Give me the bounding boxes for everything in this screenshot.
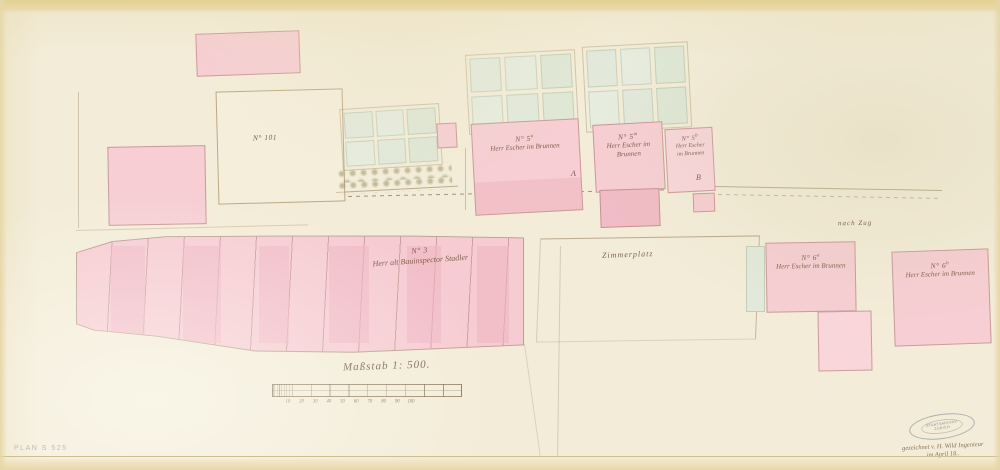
archive-oval-stamp: STAATSARCHIV ZÜRICH [908,410,977,444]
archive-oval-stamp-text: STAATSARCHIV ZÜRICH [920,417,963,436]
garden-bed [375,109,405,136]
fold-crease-diagonal [524,344,541,457]
building-top-left [195,30,300,77]
building-5m: N° 5m Herr Escher im Brunnen [592,121,665,193]
building-5m-annex [599,188,660,228]
building-6a: N° 6a Herr Escher im Brunnen [765,241,856,313]
building-5b-annex [693,193,716,213]
garden-bed [343,111,373,138]
building-6a-annex [817,311,872,372]
small-pink-annex-garden [436,122,457,148]
survey-point-b: B [696,173,701,182]
scale-bar-subdivisions [272,384,291,397]
garden-bed [620,47,652,86]
sheet-edge-top [0,0,1000,13]
garden-bed [504,55,537,91]
garden-grid-center-b [582,41,692,132]
garden-bed [469,57,502,93]
green-strip-6a [746,246,765,312]
scale-bar-numbers: 10 20 30 40 50 60 70 80 90 100 [281,399,418,404]
building-6a-label: N° 6a Herr Escher im Brunnen [769,252,853,272]
garden-bed [345,140,375,167]
building-5a-number: N° 5 [515,134,531,144]
street-edge-vertical [78,92,79,228]
building-6a-owner: Herr Escher im Brunnen [769,262,853,272]
building-5a-label: N° 5a Herr Escher im Brunnen [476,132,573,155]
building-6b-label: N° 6b Herr Escher im Brunnen [895,259,986,280]
garden-bed [586,49,618,88]
road-label-nach-zug: nach Zug [838,219,872,228]
building-5m-number: N° 5 [618,132,634,142]
building-5b: N° 5b Herr Escher im Brunnen [664,127,715,193]
building-5a-dark-band [475,177,583,215]
building-6a-number: N° 6 [801,253,817,262]
wall-segment [465,148,466,210]
building-3-section [183,246,221,344]
garden-bed [654,45,686,84]
building-101-outline [216,88,346,204]
archive-number-stamp: PLAN S 525 [14,445,68,452]
building-5a: N° 5a Herr Escher im Brunnen [471,118,584,216]
garden-grid-left [339,103,443,171]
sheet-edge-left [0,0,7,470]
scale-bar-box [272,384,462,397]
building-5b-label: N° 5b Herr Escher im Brunnen [666,133,715,159]
building-5b-number: N° 5 [681,135,695,143]
road-edge-right-1 [714,186,942,191]
shrub-row [337,162,452,195]
cadastral-plan-sheet: N° 101 N° 5a Herr Escher im Brunnen N° 5… [0,0,1000,470]
building-6b-number: N° 6 [930,261,946,271]
sheet-edge-bottom [0,456,1000,470]
building-6b: N° 6b Herr Escher im Brunnen [891,248,991,346]
garden-bed [540,53,573,89]
road-edge-right-2 [718,194,940,199]
garden-bed [408,136,438,163]
survey-point-a: A [571,169,576,178]
building-5m-label: N° 5m Herr Escher im Brunnen [596,130,661,160]
garden-bed [656,86,688,125]
surveyor-signature: gezeichnet v. H. Wild Ingenieur im April… [888,440,999,462]
sheet-edge-right [993,0,1000,470]
building-3-section [259,246,289,344]
building-6b-owner: Herr Escher im Brunnen [895,269,985,281]
garden-bed [407,107,437,134]
zimmerplatz-label: Zimmerplatz [602,249,654,260]
scale-title: Maßstab 1: 500. [343,358,431,373]
garden-bed [377,138,407,165]
building-3-section [111,246,145,344]
building-left [107,145,206,226]
scale-bar: 10 20 30 40 50 60 70 80 90 100 [272,384,464,416]
